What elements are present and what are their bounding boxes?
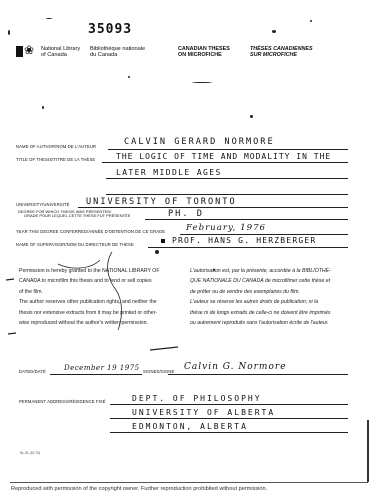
maple-leaf-icon: ❀ (24, 44, 34, 56)
author-rule (108, 149, 348, 150)
form-code: NL-91 (10-74) (20, 451, 40, 455)
copyright-notice: Reproduced with permission of the copyri… (11, 486, 267, 492)
dated-rule (50, 374, 142, 375)
scan-speck (42, 106, 44, 109)
title-label: TITLE OF THESIS/TITRE DE LA THÈSE (16, 157, 95, 162)
address-rule-1 (110, 404, 348, 405)
program-fr: THÈSES CANADIENNES SUR MICROFICHE (250, 46, 313, 59)
year-rule (180, 234, 348, 235)
footer-divider (10, 482, 368, 483)
scan-speck (128, 76, 130, 78)
agency-fr-line: du Canada (90, 52, 145, 58)
supervisor-rule (148, 247, 348, 248)
title-rule-1 (102, 162, 348, 163)
title-rule-3 (106, 194, 348, 195)
scan-speck (310, 20, 312, 22)
program-en: CANADIAN THESES ON MICROFICHE (178, 46, 230, 59)
program-fr-line: SUR MICROFICHE (250, 52, 313, 58)
dated-label: DATED/DATÉ (19, 369, 46, 374)
scan-edge (367, 420, 369, 482)
scan-speck (272, 30, 276, 33)
address-label: PERMANENT ADDRESS/RÉSIDENCE FIXÉ (19, 399, 106, 404)
author-label: NAME OF AUTHOR/NOM DE L'AUTEUR (16, 144, 96, 149)
address-rule-2 (110, 418, 348, 419)
address-line-1[interactable]: DEPT. of PHILOSOPHY (132, 394, 262, 403)
university-rule (78, 207, 348, 208)
scan-speck (46, 18, 52, 19)
program-en-line: ON MICROFICHE (178, 52, 230, 58)
bullet-mark (161, 239, 165, 243)
degree-value[interactable]: Ph. D (168, 209, 204, 219)
supervisor-value[interactable]: Prof. Hans G. HERZBERGER (172, 236, 316, 245)
title-value-line-1[interactable]: THE LOGIC of Time and MODALITY in the (116, 152, 331, 161)
signed-value[interactable]: Calvin G. Normore (184, 362, 287, 372)
scan-speck (250, 115, 253, 118)
author-value[interactable]: CALVIN GERARD NORMORE (124, 137, 275, 147)
dated-value[interactable]: December 19 1975 (64, 364, 140, 372)
university-value[interactable]: UNIVERSITY of TORONTO (86, 197, 237, 207)
signed-rule (168, 374, 348, 375)
degree-rule (145, 219, 348, 220)
scan-speck (192, 82, 212, 83)
agency-fr: Bibliothèque nationale du Canada (90, 46, 145, 59)
degree-label: DEGREE FOR WHICH THESIS WAS PRESENTED/ G… (18, 210, 130, 219)
title-value-line-2[interactable]: LATER MIDDLE AGES (116, 168, 222, 177)
agency-en-line: of Canada (41, 52, 80, 58)
address-line-2[interactable]: UNIVERSITY of ALBERTA (132, 408, 275, 417)
degree-label-line: GRADE POUR LEQUEL CETTE THÈSE FUT PRÉSEN… (18, 214, 130, 218)
agency-en: National Library of Canada (41, 46, 80, 59)
document-number: 35093 (88, 22, 132, 37)
address-line-3[interactable]: EDMONTON, ALBERTA (132, 422, 248, 431)
university-label: UNIVERSITY/UNIVERSITÉ (16, 202, 70, 207)
year-label: YEAR THIS DEGREE CONFERRED/ANNÉE D'OBTEN… (16, 229, 165, 234)
address-rule-3 (110, 432, 348, 433)
scan-speck (8, 30, 10, 35)
logo-flag-bar (16, 46, 23, 57)
year-value[interactable]: February, 1976 (186, 223, 266, 233)
supervisor-label: NAME OF SUPERVISOR/NOM DU DIRECTEUR DE T… (16, 242, 134, 247)
annotation-marks (0, 250, 370, 360)
title-rule-2 (106, 178, 348, 179)
